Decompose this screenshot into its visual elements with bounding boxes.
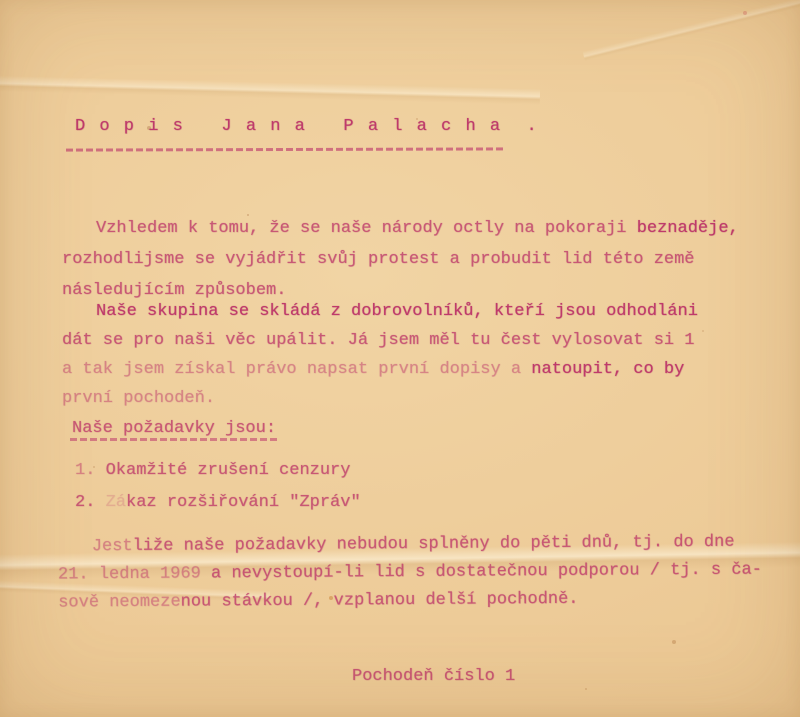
text-segment: Pochodeň číslo 1 [352,667,515,686]
text-segment: D o p i s J a n a P a l a c h a . [75,117,539,136]
text-segment: nou stávkou /, vzplanou delší pochodně. [181,590,579,612]
paper-crease [0,75,540,105]
text-segment: Vzhledem k tomu, že se naše národy octly… [96,219,637,238]
text-segment: Jest [92,537,133,556]
text-segment: a nevystoupí-li lid s dostatečnou podpor… [211,561,762,584]
typewritten-line: Naše skupina se skládá z dobrovolníků, k… [62,297,698,326]
text-segment: 1. [75,461,106,480]
letter-scan: D o p i s J a n a P a l a c h a . Vzhled… [0,0,800,717]
text-segment: Naše skupina se skládá z dobrovolníků, k… [96,302,698,321]
paragraph-intro: Vzhledem k tomu, že se naše národy octly… [62,213,739,306]
text-segment: 2. [75,493,106,512]
text-segment: rozhodlijsme se vyjádřit svůj protest a … [62,250,695,269]
typewritten-line: sově neomezenou stávkou /, vzplanou delš… [58,585,762,618]
text-segment: první pochodeň. [62,389,215,408]
demand-item-1: 1. Okamžité zrušení cenzury [75,456,350,486]
typewritten-line: a tak jsem získal právo napsat první dop… [62,355,698,384]
text-segment: kaz rozšiřování "Zpráv" [126,493,361,512]
typewritten-line: rozhodlijsme se vyjádřit svůj protest a … [62,244,739,275]
paragraph-ultimatum: Jestliže naše požadavky nebudou splněny … [58,529,762,618]
typewritten-line: 21. ledna 1969 a nevystoupí-li lid s dos… [58,557,762,590]
typewritten-line: Naše požadavky jsou: [72,414,276,444]
typewritten-line: dát se pro naši věc upálit. Já jsem měl … [62,326,698,355]
text-segment: sově neomeze [58,593,181,613]
typewritten-line: 2. Zákaz rozšiřování "Zpráv" [75,488,361,518]
typewritten-line: první pochodeň. [62,384,698,413]
text-segment: dát se pro naši věc upálit. Já jsem měl … [62,331,695,350]
letter-title: D o p i s J a n a P a l a c h a . [75,112,539,142]
typewritten-line: Vzhledem k tomu, že se naše národy octly… [62,213,739,244]
title-underline [66,147,506,151]
text-segment: Okamžité zrušení cenzury [106,461,351,480]
paper-crease [583,0,800,61]
text-segment: liže naše požadavky nebudou splněny do p… [133,533,735,556]
typewritten-line: D o p i s J a n a P a l a c h a . [75,112,539,142]
text-segment: Zá [106,493,126,512]
demands-heading: Naše požadavky jsou: [72,414,276,444]
paragraph-group: Naše skupina se skládá z dobrovolníků, k… [62,297,698,413]
text-segment: a tak jsem získal právo napsat první dop… [62,360,531,379]
text-segment: 21. ledna 1969 [58,564,211,584]
typewritten-line: 1. Okamžité zrušení cenzury [75,456,350,486]
demand-item-2: 2. Zákaz rozšiřování "Zpráv" [75,488,361,518]
text-segment: beznaděje, [637,219,739,238]
paper-speckles [0,0,2,2]
text-segment: natoupit, co by [531,360,684,379]
typewritten-line: Pochodeň číslo 1 [352,662,515,692]
text-segment: Naše požadavky jsou: [72,419,276,438]
letter-footer-signature: Pochodeň číslo 1 [352,662,515,692]
